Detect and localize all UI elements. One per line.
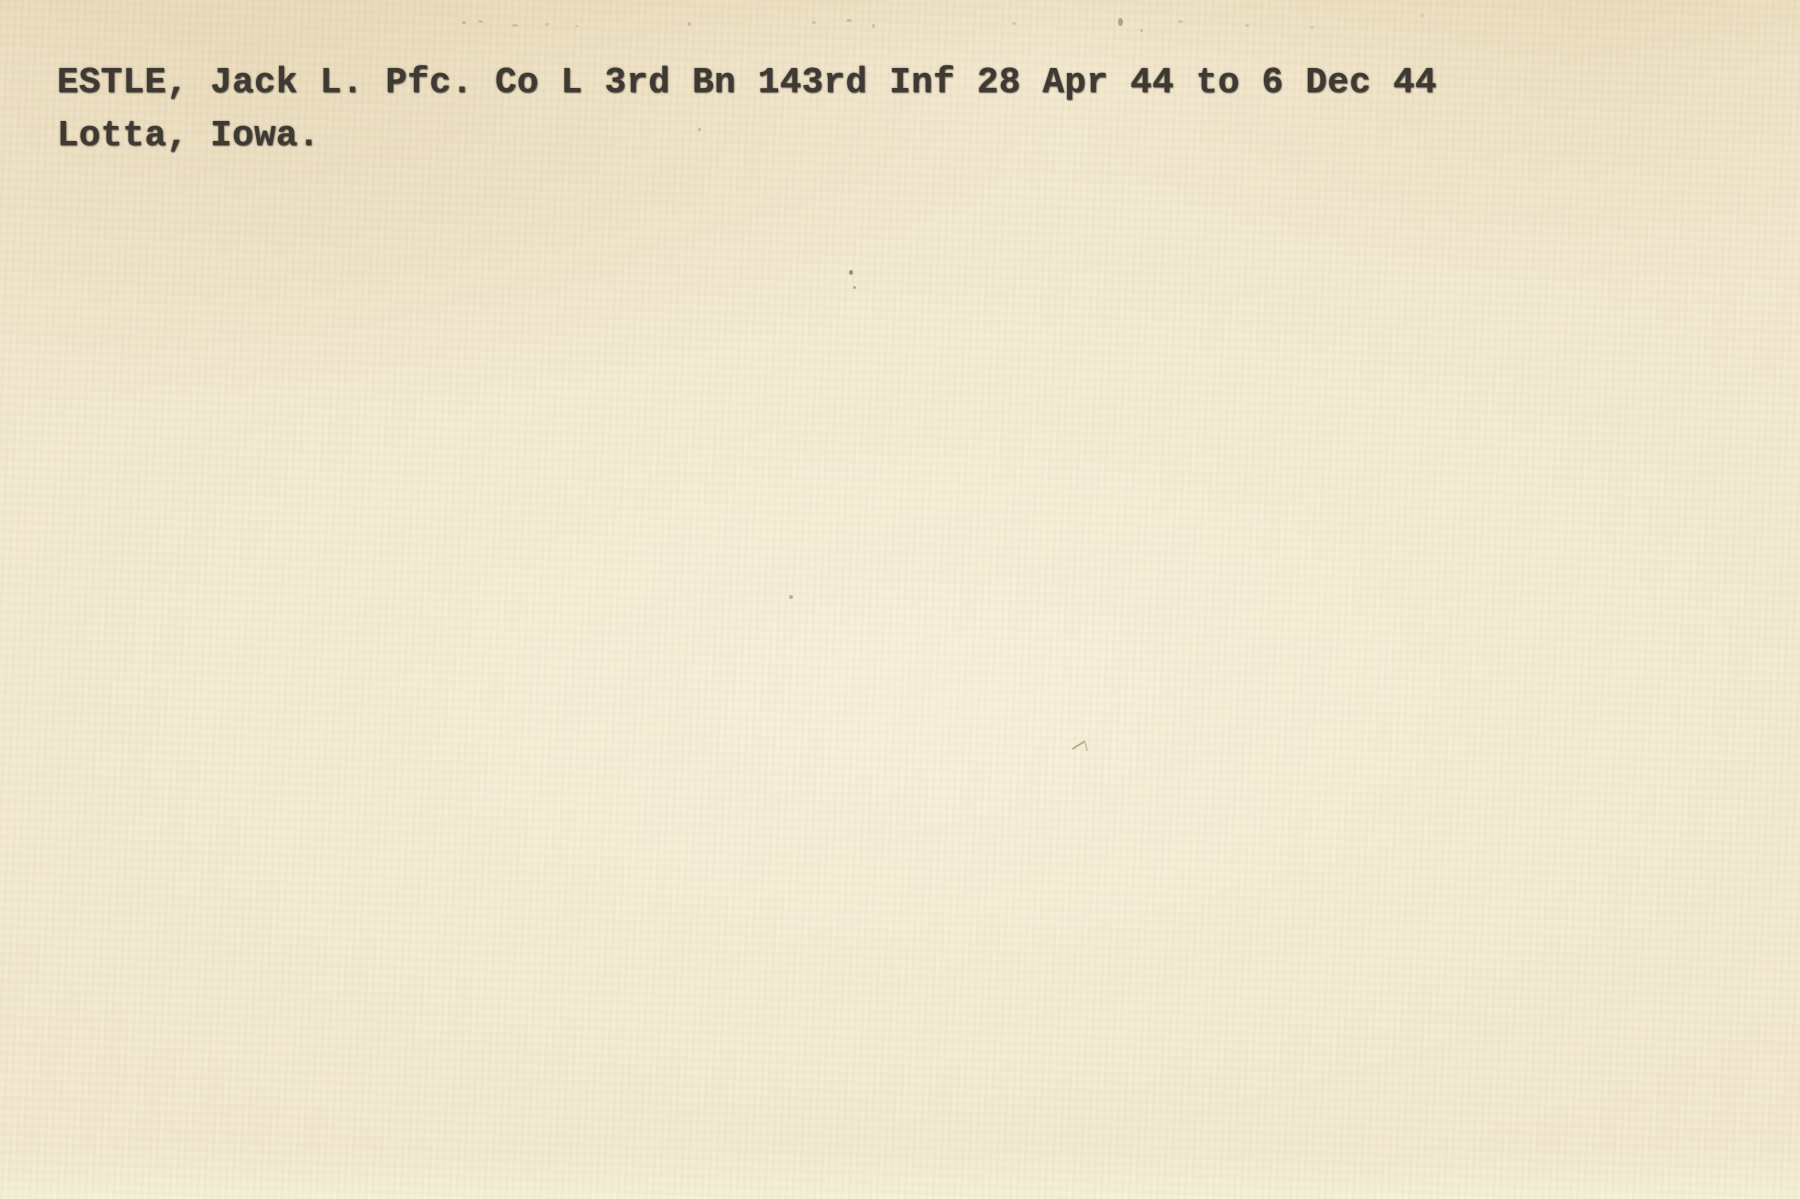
service-record-line: ESTLE, Jack L. Pfc. Co L 3rd Bn 143rd In… [57, 56, 1437, 109]
ink-speck [853, 286, 856, 289]
paper-speck [872, 24, 875, 28]
ink-speck [849, 270, 853, 275]
typed-text-block: ESTLE, Jack L. Pfc. Co L 3rd Bn 143rd In… [57, 56, 1437, 162]
paper-speck [1310, 26, 1314, 29]
pencil-mark [1072, 740, 1088, 760]
paper-speck [462, 21, 466, 24]
paper-speck [1012, 22, 1016, 25]
paper-speck [545, 23, 549, 26]
paper-speck [512, 24, 518, 27]
paper-speck [688, 22, 691, 26]
paper-speck [575, 25, 579, 27]
ink-speck [789, 595, 793, 599]
scanned-index-card: ESTLE, Jack L. Pfc. Co L 3rd Bn 143rd In… [0, 0, 1800, 1199]
paper-speck [1420, 14, 1424, 17]
paper-speck [478, 20, 483, 23]
hometown-line: Lotta, Iowa. [57, 109, 1437, 162]
paper-speck [1140, 29, 1143, 32]
paper-speck [1118, 18, 1123, 26]
paper-speck [812, 21, 816, 24]
paper-speck [1245, 24, 1249, 27]
paper-speck [1178, 20, 1183, 23]
paper-speck [846, 19, 852, 22]
